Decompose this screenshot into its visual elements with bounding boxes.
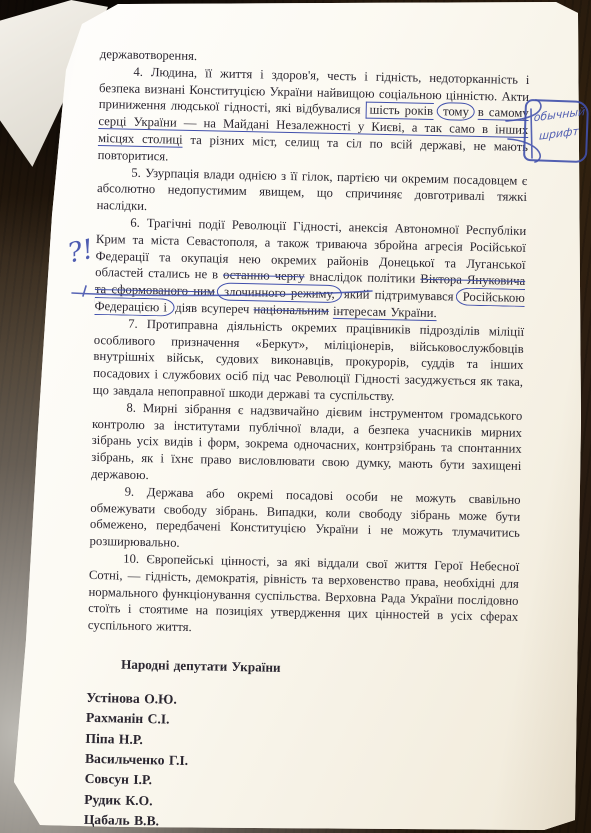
paragraph-6: 6. Трагічні події Революції Гідності, ан…	[94, 214, 526, 324]
text-segment: який підтримувався	[339, 287, 459, 304]
paragraph-4: 4. Людина, її життя і здоров'я, честь і …	[98, 63, 530, 173]
handwritten-margin-note: обычный шрифт	[523, 99, 589, 163]
text-segment: 5. Узурпація влади однією з її гілок, па…	[97, 165, 528, 213]
document-text: державотворення. 4. Людина, її життя і з…	[84, 46, 530, 833]
handwritten-note-line-2: шрифт	[539, 125, 579, 143]
paragraph-5: 5. Узурпація влади однією з її гілок, па…	[96, 164, 527, 223]
annotated-text-oval: тому	[437, 102, 475, 121]
photo-background: державотворення. 4. Людина, її життя і з…	[0, 0, 591, 833]
annotated-text-strike: національним	[253, 302, 329, 318]
text-segment: 10. Європейські цінності, за які віддали…	[88, 552, 520, 635]
text-segment: внаслідок політики	[304, 270, 420, 286]
paragraph-8: 8. Мирні зібрання є надзвичайно дієвим і…	[91, 399, 523, 492]
paragraph-7: 7. Протиправна діяльність окремих праців…	[93, 315, 525, 408]
paragraph-10: 10. Європейські цінності, за які віддали…	[88, 550, 520, 643]
text-segment: 8. Мирні зібрання є надзвичайно дієвим і…	[91, 400, 523, 482]
text-segment: 7. Протиправна діяльність окремих праців…	[93, 316, 525, 403]
annotated-text-box: шість років	[365, 102, 434, 120]
annotated-text-oval-wide: злочинного режиму,	[217, 283, 342, 304]
text-segment: 9. Держава або окремі посадові особи не …	[89, 484, 520, 550]
annotated-text-strike: останню чергу	[223, 268, 305, 284]
annotated-text-underline: інтересам України.	[333, 304, 437, 320]
signature-heading: Народні депутати України	[121, 656, 517, 681]
handwritten-note-line-1: обычный	[533, 105, 585, 124]
paragraph-9: 9. Держава або окремі посадові особи не …	[89, 483, 520, 559]
signatories-list: Устінова О.Ю.Рахманін С.І.Піпа Н.Р.Васил…	[84, 688, 517, 833]
text-segment: діяв всупереч	[171, 300, 254, 316]
